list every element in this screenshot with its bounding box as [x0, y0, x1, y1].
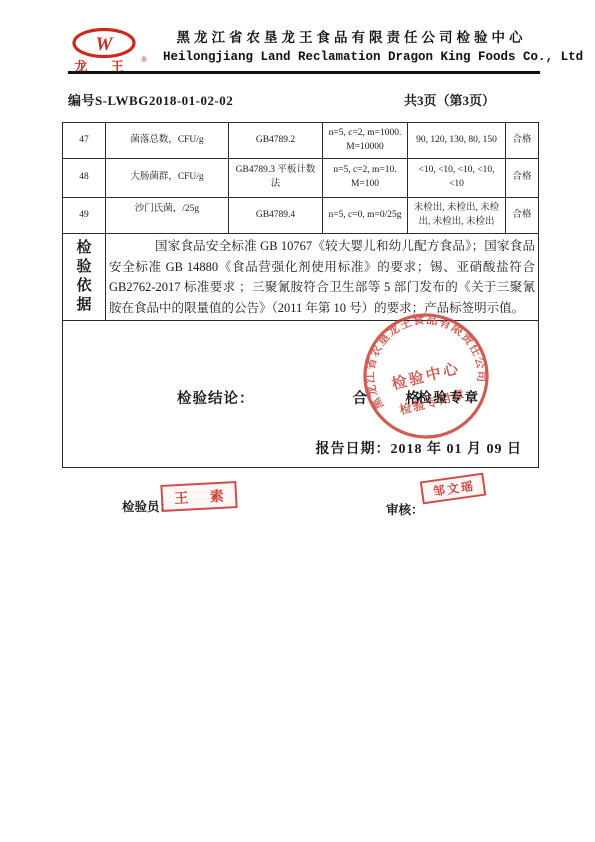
- inspection-report-page: W 龙 王 ® 黑龙江省农垦龙王食品有限责任公司检验中心 Heilongjian…: [0, 0, 595, 842]
- test-method: GB4789.2: [229, 123, 323, 159]
- seal-overlay-label: 检验专章: [418, 386, 480, 406]
- reviewer-label: 审核：: [386, 500, 424, 518]
- test-item: 沙门氏菌，/25g: [106, 198, 229, 234]
- registered-trademark-icon: ®: [141, 55, 147, 64]
- test-result: <10, <10, <10, <10, <10: [408, 159, 506, 198]
- table-row: 49 沙门氏菌，/25g GB4789.4 n=5, c=0, m=0/25g …: [63, 198, 539, 234]
- conclusion-label: 检验结论：: [177, 391, 255, 407]
- report-header: W 龙 王 ® 黑龙江省农垦龙王食品有限责任公司检验中心 Heilongjian…: [68, 26, 540, 64]
- row-conclusion: 合格: [506, 123, 539, 159]
- basis-label-char: 依: [76, 279, 91, 294]
- company-title-en: Heilongjiang Land Reclamation Dragon Kin…: [163, 50, 540, 64]
- dragon-king-logo: W 龙 王 ®: [68, 28, 150, 74]
- report-number: 编号S-LWBG2018-01-02-02: [68, 90, 233, 109]
- row-number: 47: [63, 123, 106, 159]
- logo-monogram: W: [96, 34, 114, 55]
- inspection-basis-cell: 国家食品安全标准 GB 10767《较大婴儿和幼儿配方食品》；国家食品安全标准 …: [106, 234, 539, 321]
- inspection-basis-row: 检 验 依 据 国家食品安全标准 GB 10767《较大婴儿和幼儿配方食品》；国…: [63, 234, 539, 321]
- standard-requirement: n=5, c=2, m=10. M=100: [323, 159, 408, 198]
- test-result: 未检出, 未检出, 未检出, 未检出, 未检出: [408, 198, 506, 234]
- inspection-seal-stamp: 黑龙江省农垦龙王食品有限责任公司 检验中心 检验专用章: [359, 309, 493, 443]
- row-number: 49: [63, 198, 106, 234]
- basis-label-char: 据: [76, 298, 91, 313]
- inspection-basis-text: 国家食品安全标准 GB 10767《较大婴儿和幼儿配方食品》；国家食品安全标准 …: [109, 236, 535, 318]
- standard-requirement: n=5, c=0, m=0/25g: [323, 198, 408, 234]
- test-method: GB4789.4: [229, 198, 323, 234]
- row-conclusion: 合格: [506, 159, 539, 198]
- inspection-basis-label: 检 验 依 据: [63, 234, 106, 321]
- company-title-cn: 黑龙江省农垦龙王食品有限责任公司检验中心: [163, 26, 540, 46]
- test-result: 90, 120, 130, 80, 150: [408, 123, 506, 159]
- test-item: 大肠菌群，CFU/g: [106, 159, 229, 198]
- row-number: 48: [63, 159, 106, 198]
- header-divider: [68, 71, 540, 74]
- row-conclusion: 合格: [506, 198, 539, 234]
- standard-requirement: n=5, c=2, m=1000. M=10000: [323, 123, 408, 159]
- reviewer-name-stamp: 邹文瑶: [420, 473, 487, 505]
- basis-label-char: 检: [76, 241, 91, 256]
- inspector-name-stamp: 王 素: [160, 481, 237, 512]
- basis-label-char: 验: [76, 260, 91, 275]
- test-item: 菌落总数，CFU/g: [106, 123, 229, 159]
- table-row: 47 菌落总数，CFU/g GB4789.2 n=5, c=2, m=1000.…: [63, 123, 539, 159]
- test-method: GB4789.3 平板计数法: [229, 159, 323, 198]
- page-count: 共3页（第3页）: [404, 90, 495, 109]
- table-row: 48 大肠菌群，CFU/g GB4789.3 平板计数法 n=5, c=2, m…: [63, 159, 539, 198]
